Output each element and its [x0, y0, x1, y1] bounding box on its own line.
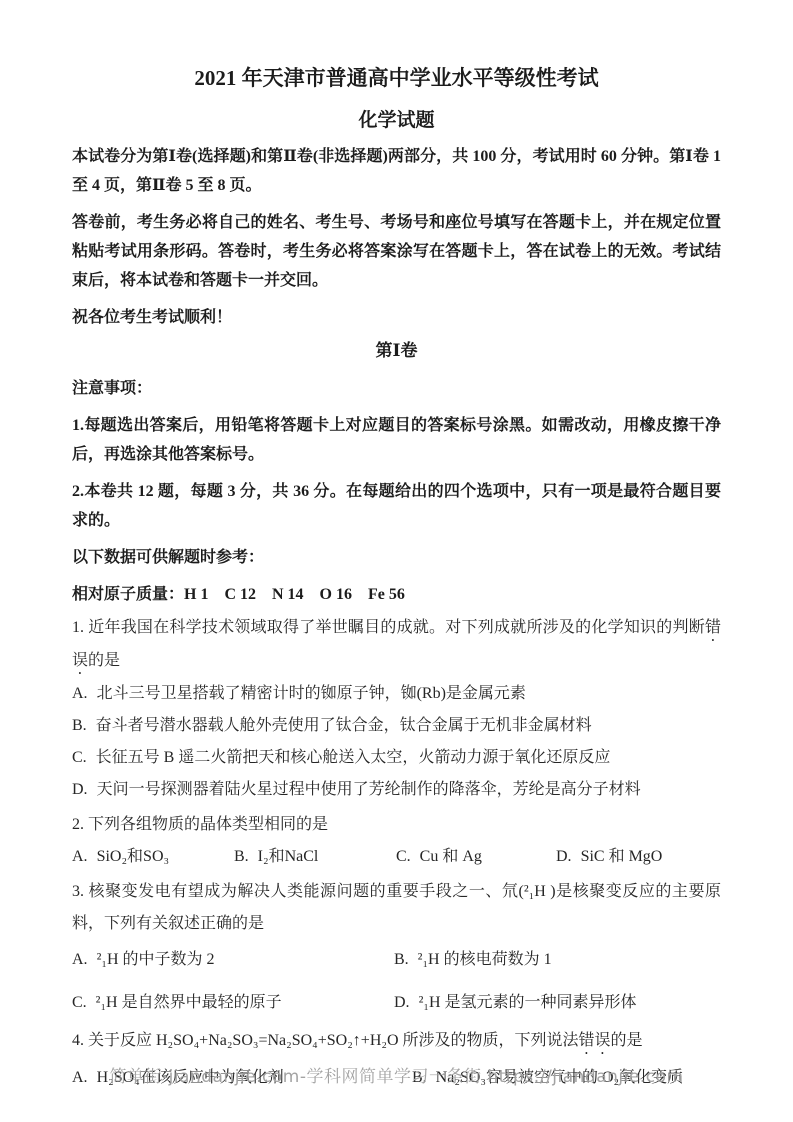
option-label: B. — [234, 848, 249, 865]
question-2-options: A.SiO₂和SO₃ B.I₂和NaCl C.Cu 和 Ag D.SiC 和 M… — [72, 841, 721, 873]
question-4-stem: 4. 关于反应 H₂SO₄+Na₂SO₃=Na₂SO₄+SO₂↑+H₂O 所涉及… — [72, 1025, 721, 1058]
option-label: C. — [72, 994, 87, 1011]
intro-paragraph-1: 本试卷分为第Ⅰ卷(选择题)和第Ⅱ卷(非选择题)两部分，共 100 分，考试用时 … — [72, 142, 721, 200]
question-1-option-b: B.奋斗者号潜水器载人舱外壳使用了钛合金，钛合金属于无机非金属材料 — [72, 710, 721, 742]
question-1-stem-pre: 1. 近年我国在科学技术领域取得了举世瞩目的成就。对下列成就所涉及的化学知识的判… — [72, 619, 705, 636]
question-2-option-a: A.SiO₂和SO₃ — [72, 841, 234, 873]
question-3: 3. 核聚变发电有望成为解决人类能源问题的重要手段之一、氘(²₁H )是核聚变反… — [72, 876, 721, 1019]
note-item-1: 1.每题选出答案后，用铅笔将答题卡上对应题目的答案标号涂黑。如需改动，用橡皮擦干… — [72, 411, 721, 469]
question-3-option-d: D.²₁H 是氢元素的一种同素异形体 — [394, 987, 721, 1019]
question-2: 2. 下列各组物质的晶体类型相同的是 A.SiO₂和SO₃ B.I₂和NaCl … — [72, 809, 721, 873]
question-1-option-c: C.长征五号 B 遥二火箭把天和核心舱送入太空，火箭动力源于氧化还原反应 — [72, 742, 721, 774]
question-4-stem-emphasis: 错误 — [579, 1032, 611, 1049]
question-4-stem-pre: 4. 关于反应 H₂SO₄+Na₂SO₃=Na₂SO₄+SO₂↑+H₂O 所涉及… — [72, 1032, 579, 1049]
question-3-stem-pre: 3. 核聚变发电有望成为解决人类能源问题的重要手段之一、氘(²₁H )是核聚变反… — [72, 883, 721, 932]
option-label: B. — [72, 717, 87, 734]
note-item-2: 2.本卷共 12 题，每题 3 分，共 36 分。在每题给出的四个选项中，只有一… — [72, 477, 721, 535]
option-text: ²₁H 的中子数为 2 — [97, 951, 215, 968]
question-1-option-d: D.天问一号探测器着陆火星过程中使用了芳纶制作的降落伞，芳纶是高分子材料 — [72, 774, 721, 806]
option-text: ²₁H 是氢元素的一种同素异形体 — [419, 994, 637, 1011]
option-label: A. — [72, 685, 88, 702]
question-3-option-c: C.²₁H 是自然界中最轻的原子 — [72, 987, 394, 1019]
question-3-option-b: B.²₁H 的核电荷数为 1 — [394, 944, 721, 976]
question-3-option-a: A.²₁H 的中子数为 2 — [72, 944, 394, 976]
option-label: C. — [396, 848, 411, 865]
option-label: D. — [556, 848, 572, 865]
question-1: 1. 近年我国在科学技术领域取得了举世瞩目的成就。对下列成就所涉及的化学知识的判… — [72, 612, 721, 806]
option-text: 奋斗者号潜水器载人舱外壳使用了钛合金，钛合金属于无机非金属材料 — [96, 717, 592, 734]
question-1-option-a: A.北斗三号卫星搭载了精密计时的铷原子钟，铷(Rb)是金属元素 — [72, 678, 721, 710]
option-text: ²₁H 是自然界中最轻的原子 — [96, 994, 282, 1011]
option-label: A. — [72, 951, 88, 968]
option-text: I₂和NaCl — [258, 848, 319, 865]
question-2-stem-pre: 2. 下列各组物质的晶体类型相同的是 — [72, 816, 328, 833]
option-text: ²₁H 的核电荷数为 1 — [418, 951, 552, 968]
intro-paragraph-2: 答卷前，考生务必将自己的姓名、考生号、考场号和座位号填写在答题卡上，并在规定位置… — [72, 208, 721, 295]
question-2-option-c: C.Cu 和 Ag — [396, 841, 556, 873]
question-2-option-b: B.I₂和NaCl — [234, 841, 396, 873]
question-4-stem-post: 的是 — [611, 1032, 643, 1049]
atomic-mass-reference: 相对原子质量：H 1 C 12 N 14 O 16 Fe 56 — [72, 580, 721, 609]
reference-intro: 以下数据可供解题时参考： — [72, 543, 721, 572]
question-3-stem: 3. 核聚变发电有望成为解决人类能源问题的重要手段之一、氘(²₁H )是核聚变反… — [72, 876, 721, 940]
page-title: 2021 年天津市普通高中学业水平等级性考试 — [72, 64, 721, 92]
footer-watermark: 简单街-jiandanjie.com-学科网简单学习一条街 https://ji… — [0, 1062, 793, 1087]
option-label: C. — [72, 749, 87, 766]
page-subtitle: 化学试题 — [72, 108, 721, 134]
section-1-heading: 第Ⅰ卷 — [72, 336, 721, 366]
option-text: SiO₂和SO₃ — [97, 848, 170, 865]
option-label: D. — [394, 994, 410, 1011]
question-1-stem: 1. 近年我国在科学技术领域取得了举世瞩目的成就。对下列成就所涉及的化学知识的判… — [72, 612, 721, 678]
option-label: D. — [72, 781, 88, 798]
question-2-option-d: D.SiC 和 MgO — [556, 841, 721, 873]
option-text: 北斗三号卫星搭载了精密计时的铷原子钟，铷(Rb)是金属元素 — [97, 685, 526, 702]
option-text: 天问一号探测器着陆火星过程中使用了芳纶制作的降落伞，芳纶是高分子材料 — [97, 781, 641, 798]
question-3-options: A.²₁H 的中子数为 2 B.²₁H 的核电荷数为 1 C.²₁H 是自然界中… — [72, 944, 721, 1019]
question-2-stem: 2. 下列各组物质的晶体类型相同的是 — [72, 809, 721, 841]
question-1-stem-post: 的是 — [88, 652, 120, 669]
intro-wish: 祝各位考生考试顺利！ — [72, 303, 721, 332]
option-text: Cu 和 Ag — [420, 848, 482, 865]
exam-page: 2021 年天津市普通高中学业水平等级性考试 化学试题 本试卷分为第Ⅰ卷(选择题… — [0, 0, 793, 1094]
notes-heading: 注意事项： — [72, 374, 721, 403]
option-text: 长征五号 B 遥二火箭把天和核心舱送入太空，火箭动力源于氧化还原反应 — [96, 749, 611, 766]
option-label: A. — [72, 848, 88, 865]
option-label: B. — [394, 951, 409, 968]
option-text: SiC 和 MgO — [581, 848, 663, 865]
